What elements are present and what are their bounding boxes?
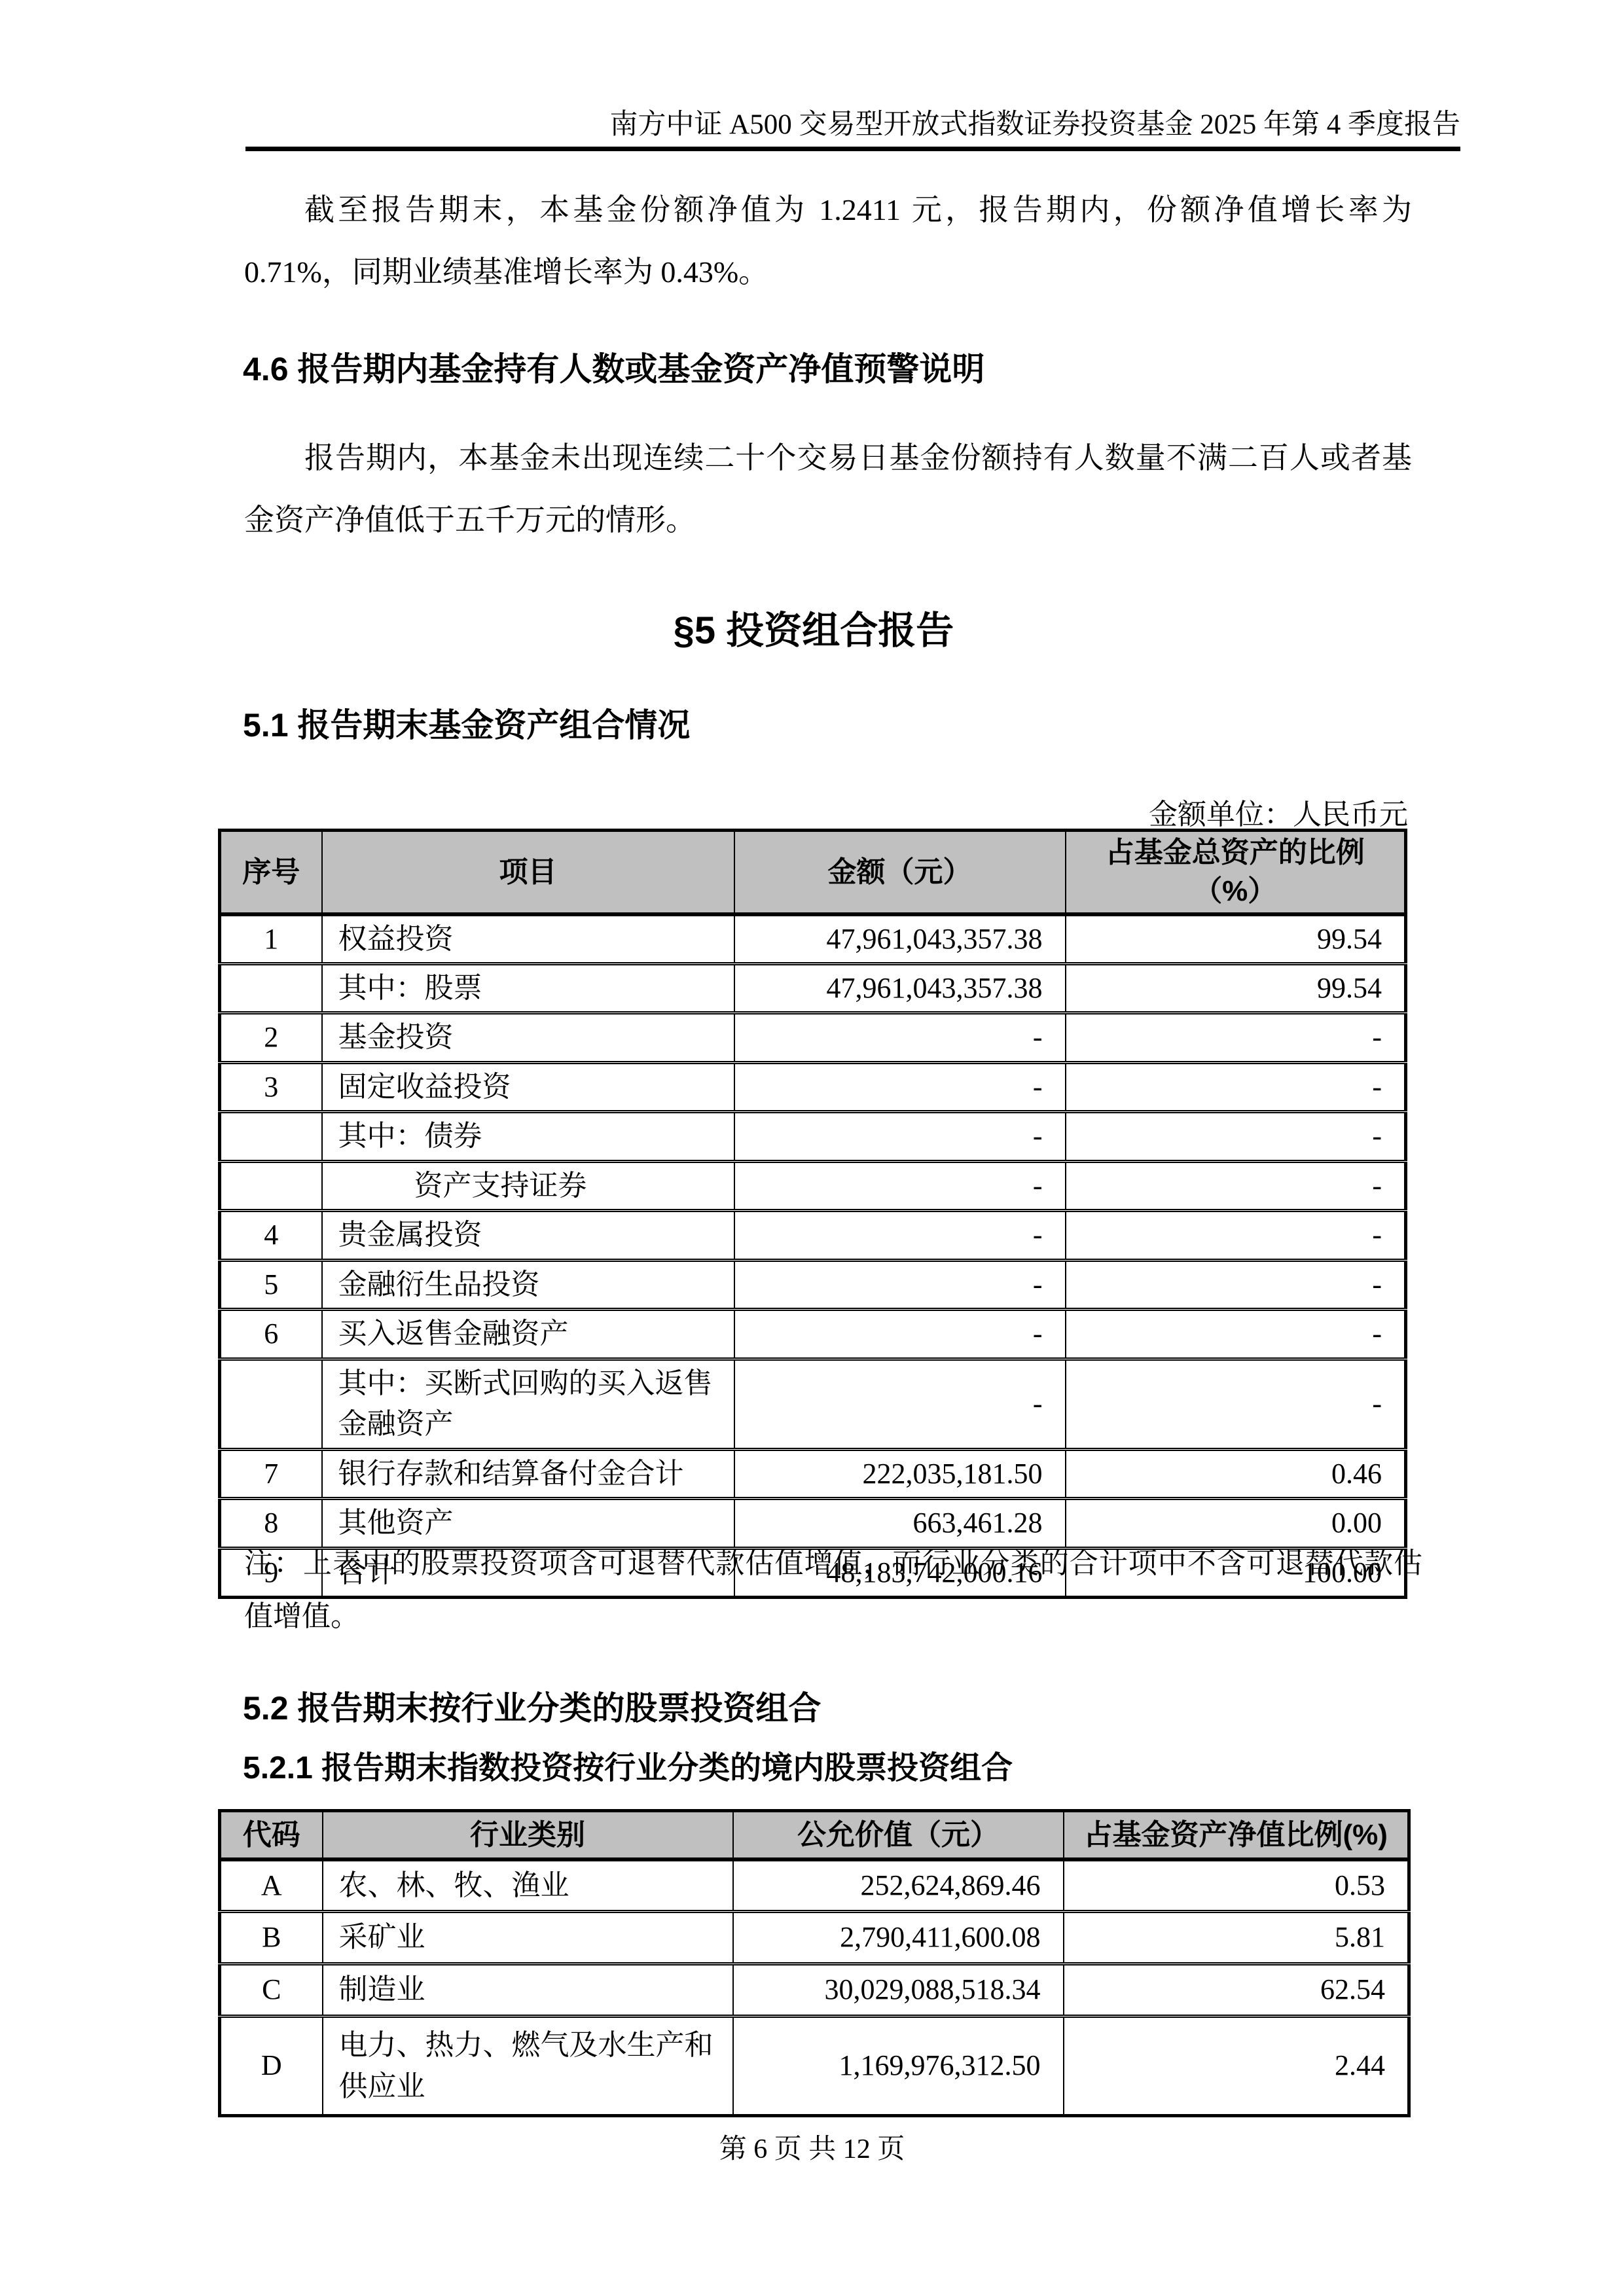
cell-seq: 5	[220, 1260, 322, 1309]
cell-amount: 47,961,043,357.38	[734, 963, 1066, 1013]
section-heading-5-2: 5.2 报告期末按行业分类的股票投资组合	[243, 1682, 821, 1729]
table-row: 7 银行存款和结算备付金合计 222,035,181.50 0.46	[220, 1449, 1406, 1498]
cell-item: 基金投资	[322, 1013, 734, 1062]
running-header-title: 南方中证 A500 交易型开放式指数证券投资基金 2025 年第 4 季度报告	[219, 102, 1460, 142]
table-row: B 采矿业 2,790,411,600.08 5.81	[220, 1912, 1409, 1964]
cell-pct: 99.54	[1066, 963, 1406, 1013]
cell-item: 其中：债券	[322, 1112, 734, 1161]
cell-fair-value: 252,624,869.46	[733, 1859, 1064, 1912]
cell-pct: -	[1066, 1359, 1406, 1449]
cell-seq: 1	[220, 914, 322, 964]
cell-fair-value: 1,169,976,312.50	[733, 2017, 1064, 2116]
cell-amount: -	[734, 1310, 1066, 1359]
cell-amount: 222,035,181.50	[734, 1449, 1066, 1498]
table-row: 6 买入返售金融资产 - -	[220, 1310, 1406, 1359]
asset-table-header: 序号 项目 金额（元） 占基金总资产的比例 （%）	[220, 831, 1406, 914]
cell-pct: -	[1066, 1211, 1406, 1260]
table-row: 资产支持证券 - -	[220, 1161, 1406, 1210]
cell-amount: -	[734, 1013, 1066, 1062]
cell-pct: -	[1066, 1310, 1406, 1359]
cell-seq: 2	[220, 1013, 322, 1062]
cell-item: 权益投资	[322, 914, 734, 964]
cell-amount: -	[734, 1062, 1066, 1111]
asset-composition-table: 序号 项目 金额（元） 占基金总资产的比例 （%） 1 权益投资 47,961,…	[218, 829, 1407, 1599]
cell-amount: -	[734, 1359, 1066, 1449]
cell-industry: 电力、热力、燃气及水生产和供应业	[323, 2017, 733, 2116]
cell-item: 资产支持证券	[322, 1161, 734, 1210]
col-header-amount: 金额（元）	[734, 831, 1066, 914]
table-row: A 农、林、牧、渔业 252,624,869.46 0.53	[220, 1859, 1409, 1912]
cell-item: 银行存款和结算备付金合计	[322, 1449, 734, 1498]
cell-amount: -	[734, 1260, 1066, 1309]
cell-industry: 采矿业	[323, 1912, 733, 1964]
cell-item: 其中：买断式回购的买入返售金融资产	[322, 1359, 734, 1449]
col-header-fair-value: 公允价值（元）	[733, 1811, 1064, 1859]
header-rule	[245, 147, 1460, 151]
col-header-pct: 占基金总资产的比例 （%）	[1066, 831, 1406, 914]
chapter-heading-5: §5 投资组合报告	[219, 600, 1408, 655]
page-number-indicator: 第 6 页 共 12 页	[0, 2127, 1624, 2166]
currency-unit-note: 金额单位：人民币元	[219, 791, 1408, 833]
table-header-row: 序号 项目 金额（元） 占基金总资产的比例 （%）	[220, 831, 1406, 914]
table-row: C 制造业 30,029,088,518.34 62.54	[220, 1964, 1409, 2017]
cell-item: 其中：股票	[322, 963, 734, 1013]
cell-code: A	[220, 1859, 323, 1912]
warning-paragraph: 报告期内，本基金未出现连续二十个交易日基金份额持有人数量不满二百人或者基金资产净…	[244, 427, 1412, 551]
cell-industry: 制造业	[323, 1964, 733, 2017]
col-header-pct: 占基金资产净值比例(%)	[1064, 1811, 1409, 1859]
cell-code: D	[220, 2017, 323, 2116]
industry-table-body: A 农、林、牧、渔业 252,624,869.46 0.53 B 采矿业 2,7…	[220, 1859, 1409, 2116]
cell-pct: -	[1066, 1112, 1406, 1161]
table-row: 3 固定收益投资 - -	[220, 1062, 1406, 1111]
cell-seq: 7	[220, 1449, 322, 1498]
cell-fair-value: 2,790,411,600.08	[733, 1912, 1064, 1964]
cell-pct: 62.54	[1064, 1964, 1409, 2017]
table-row: 其中：股票 47,961,043,357.38 99.54	[220, 963, 1406, 1013]
table-header-row: 代码 行业类别 公允价值（元） 占基金资产净值比例(%)	[220, 1811, 1409, 1859]
cell-pct: 0.46	[1066, 1449, 1406, 1498]
col-header-industry: 行业类别	[323, 1811, 733, 1859]
col-header-code: 代码	[220, 1811, 323, 1859]
cell-pct: -	[1066, 1260, 1406, 1309]
industry-table-header: 代码 行业类别 公允价值（元） 占基金资产净值比例(%)	[220, 1811, 1409, 1859]
col-header-seq: 序号	[220, 831, 322, 914]
cell-code: C	[220, 1964, 323, 2017]
cell-amount: -	[734, 1161, 1066, 1210]
table-row: D 电力、热力、燃气及水生产和供应业 1,169,976,312.50 2.44	[220, 2017, 1409, 2116]
col-header-item: 项目	[322, 831, 734, 914]
cell-code: B	[220, 1912, 323, 1964]
cell-seq	[220, 1112, 322, 1161]
cell-amount: 47,961,043,357.38	[734, 914, 1066, 964]
cell-pct: 2.44	[1064, 2017, 1409, 2116]
industry-composition-table: 代码 行业类别 公允价值（元） 占基金资产净值比例(%) A 农、林、牧、渔业 …	[218, 1809, 1411, 2117]
cell-pct: 5.81	[1064, 1912, 1409, 1964]
table-row: 4 贵金属投资 - -	[220, 1211, 1406, 1260]
cell-amount: -	[734, 1112, 1066, 1161]
table-row: 2 基金投资 - -	[220, 1013, 1406, 1062]
cell-pct: 99.54	[1066, 914, 1406, 964]
cell-seq	[220, 1359, 322, 1449]
cell-pct: 0.53	[1064, 1859, 1409, 1912]
report-page: 南方中证 A500 交易型开放式指数证券投资基金 2025 年第 4 季度报告 …	[0, 0, 1624, 2296]
cell-item: 买入返售金融资产	[322, 1310, 734, 1359]
section-heading-4-6: 4.6 报告期内基金持有人数或基金资产净值预警说明	[243, 343, 984, 390]
table-footnote: 注：上表中的股票投资项含可退替代款估值增值，而行业分类的合计项中不含可退替代款估…	[244, 1537, 1422, 1643]
cell-item: 固定收益投资	[322, 1062, 734, 1111]
cell-seq: 3	[220, 1062, 322, 1111]
cell-fair-value: 30,029,088,518.34	[733, 1964, 1064, 2017]
cell-pct: -	[1066, 1062, 1406, 1111]
cell-industry: 农、林、牧、渔业	[323, 1859, 733, 1912]
cell-item: 贵金属投资	[322, 1211, 734, 1260]
cell-item: 金融衍生品投资	[322, 1260, 734, 1309]
nav-summary-paragraph: 截至报告期末，本基金份额净值为 1.2411 元，报告期内，份额净值增长率为 0…	[244, 179, 1412, 303]
asset-table-body: 1 权益投资 47,961,043,357.38 99.54 其中：股票 47,…	[220, 914, 1406, 1598]
cell-pct: -	[1066, 1161, 1406, 1210]
cell-seq: 4	[220, 1211, 322, 1260]
cell-seq	[220, 1161, 322, 1210]
table-row: 5 金融衍生品投资 - -	[220, 1260, 1406, 1309]
table-row: 1 权益投资 47,961,043,357.38 99.54	[220, 914, 1406, 964]
section-heading-5-2-1: 5.2.1 报告期末指数投资按行业分类的境内股票投资组合	[243, 1742, 1013, 1787]
table-row: 其中：买断式回购的买入返售金融资产 - -	[220, 1359, 1406, 1449]
cell-amount: -	[734, 1211, 1066, 1260]
cell-pct: -	[1066, 1013, 1406, 1062]
table-row: 其中：债券 - -	[220, 1112, 1406, 1161]
cell-seq: 6	[220, 1310, 322, 1359]
section-heading-5-1: 5.1 报告期末基金资产组合情况	[243, 699, 690, 746]
cell-seq	[220, 963, 322, 1013]
